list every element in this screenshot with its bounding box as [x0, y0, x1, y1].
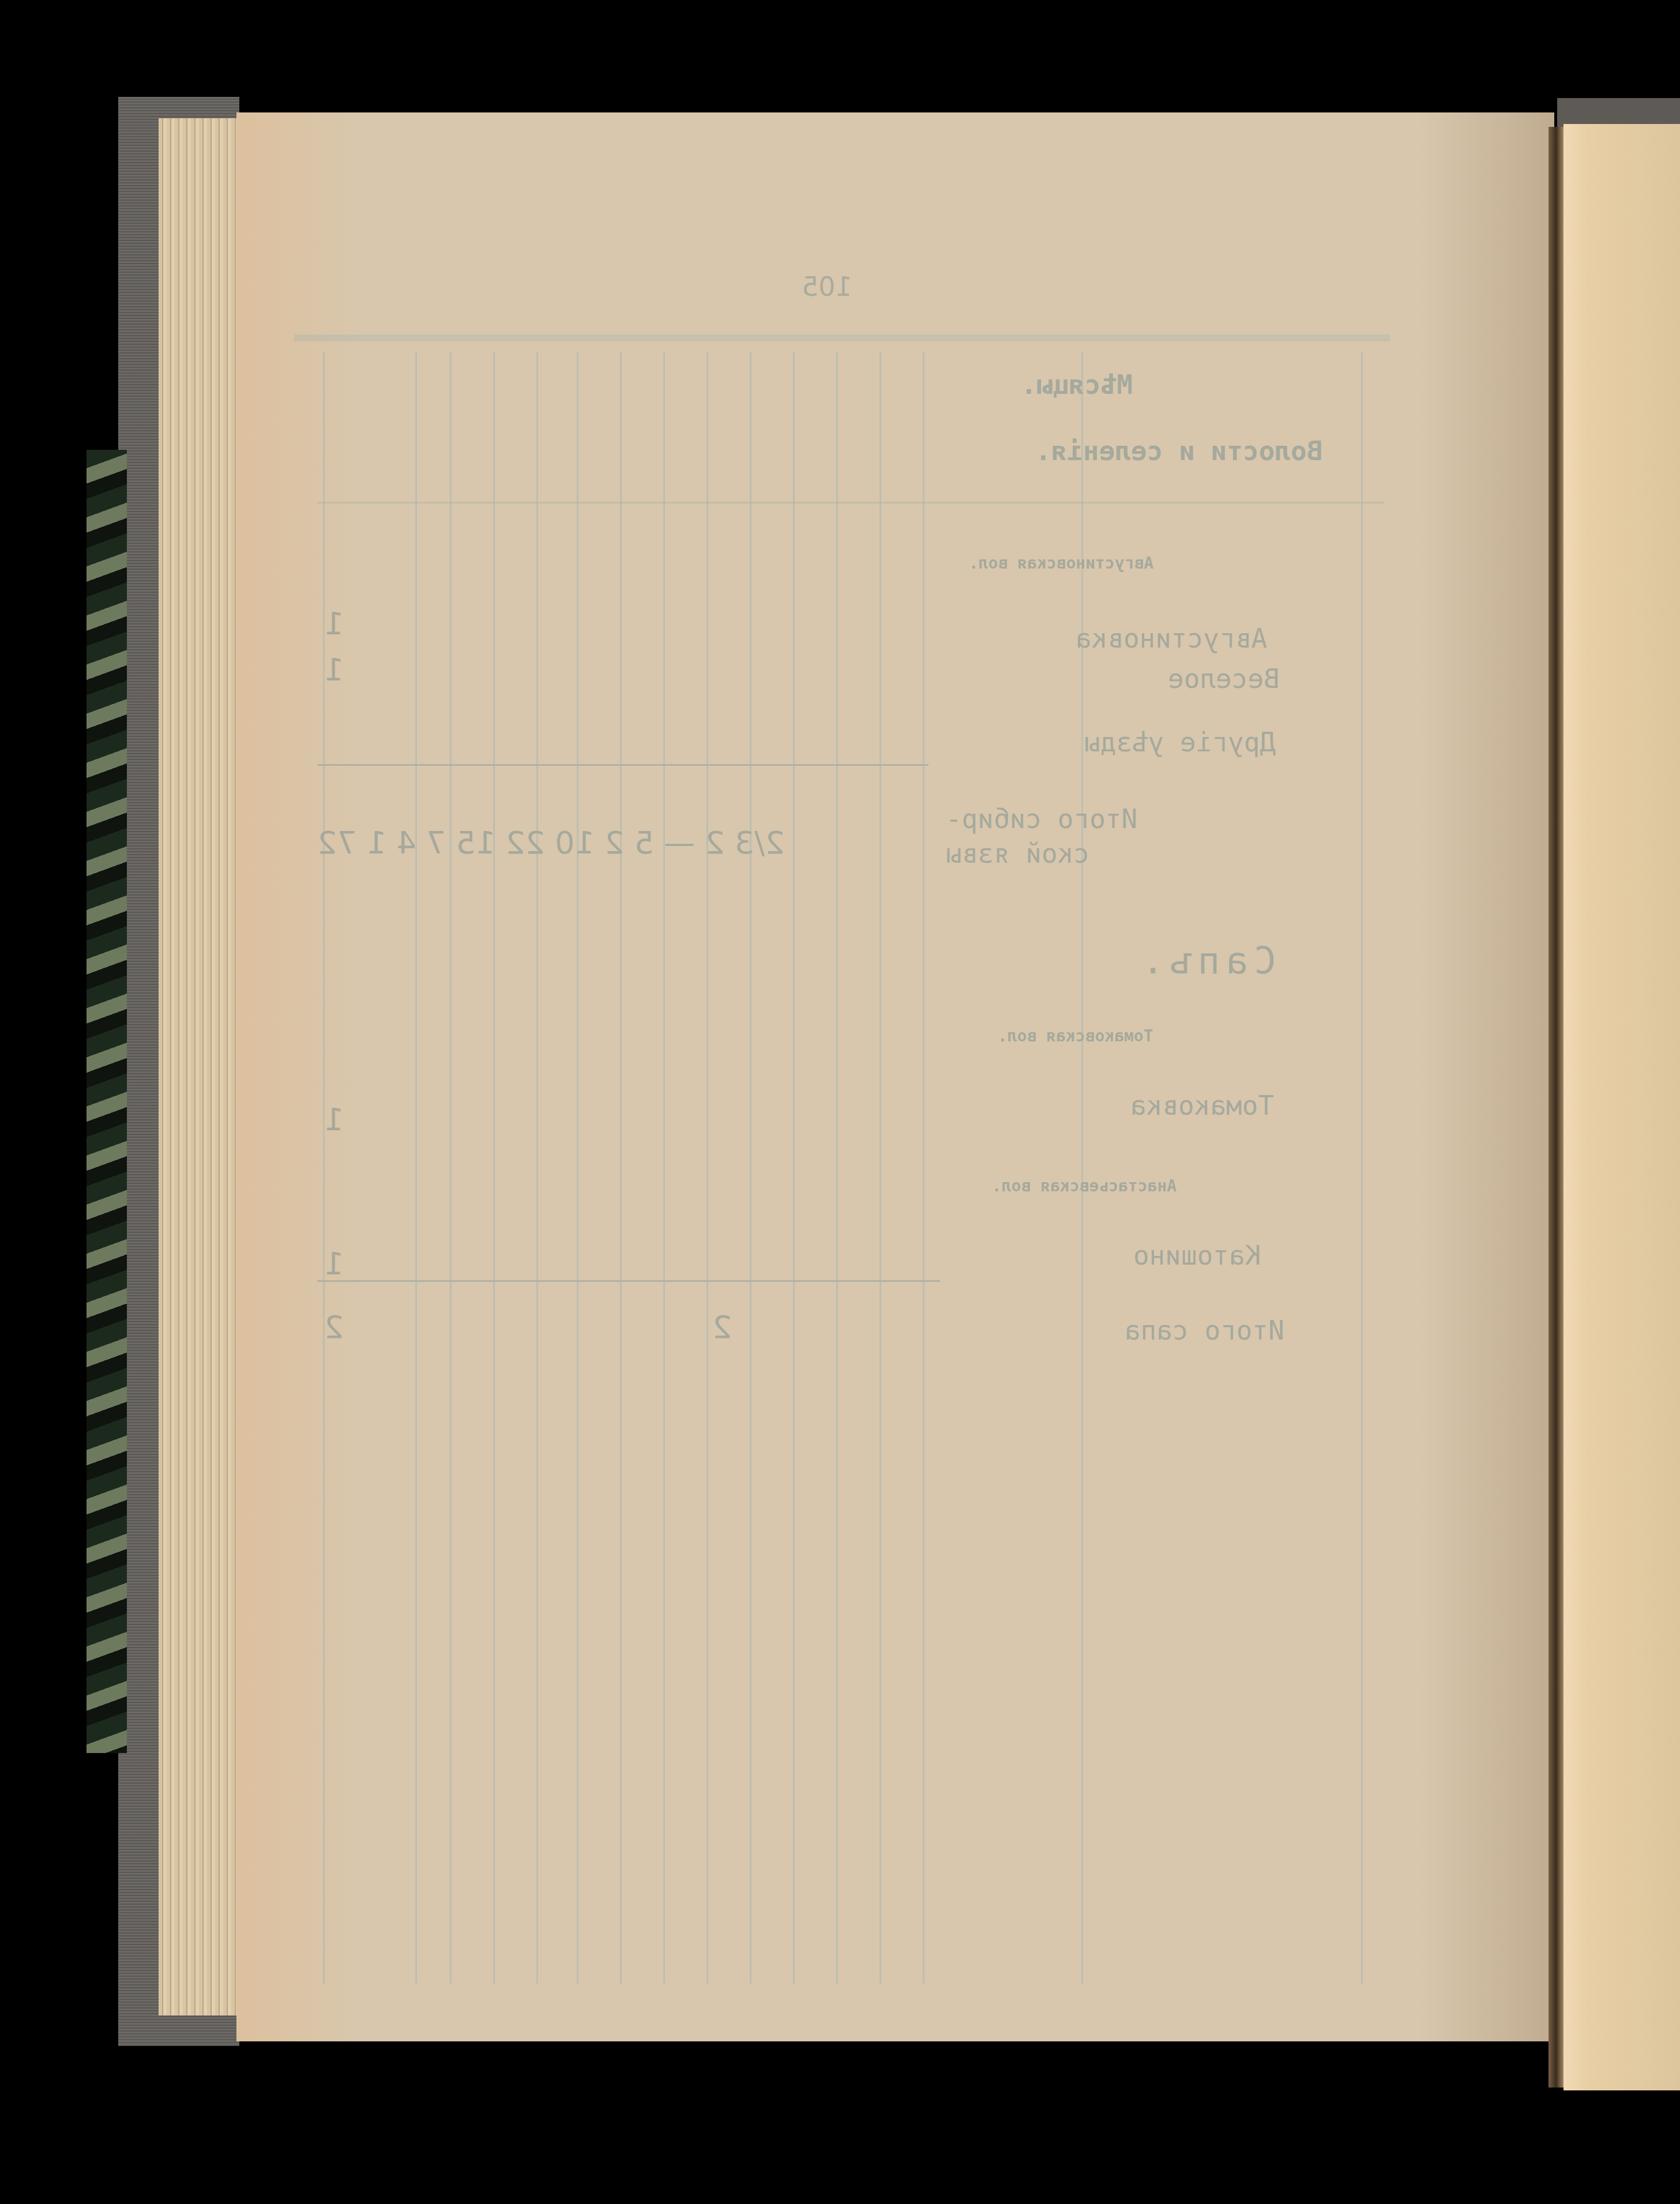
column-rule [1361, 352, 1363, 1984]
column-rule [577, 352, 578, 1984]
districts-header: Волости и селенія. [1035, 435, 1323, 467]
column-rule [1081, 352, 1083, 1984]
cell-number: 2 [324, 1309, 344, 1345]
cell-number: 1 [324, 652, 344, 688]
column-rule [836, 352, 838, 1984]
village-label: Катошино [1133, 1240, 1261, 1271]
show-through-table: Мѣсяцы. Волости и селенія. Августиновска… [300, 334, 1384, 1984]
column-rule [663, 352, 665, 1984]
village-label: Августиновка [1076, 623, 1267, 654]
village-label: Веселое [1168, 663, 1280, 694]
column-rule [706, 352, 708, 1984]
column-rule [793, 352, 795, 1984]
volost-label: Анастасьевская вол. [992, 1176, 1177, 1195]
cell-number: 1 [324, 605, 344, 642]
column-rule [923, 352, 924, 1984]
header-rule [317, 502, 1384, 503]
cell-number: 2 [712, 1309, 732, 1345]
column-rule [880, 352, 881, 1984]
row-label: Другіе уѣзды [1084, 727, 1276, 758]
page-number-show-through: 105 [802, 271, 852, 302]
total-row-numbers: 2/3 2 — 5 2 10 22 15 7 4 1 72 [317, 825, 785, 861]
headband [87, 450, 127, 1753]
column-rule [450, 352, 452, 1984]
column-rule [750, 352, 751, 1984]
subtotal-rule [317, 764, 929, 766]
column-rule [536, 352, 538, 1984]
cell-number: 1 [324, 1246, 344, 1282]
column-rule [493, 352, 495, 1984]
total-label: Итого сибир-ской язвы [946, 802, 1188, 871]
volost-label: Августиновская вол. [969, 554, 1153, 573]
table-top-rule [294, 334, 1390, 341]
volost-label: Томаковская вол. [998, 1026, 1153, 1045]
column-rule [415, 352, 417, 1984]
cell-number: 1 [324, 1101, 344, 1138]
column-rule [620, 352, 622, 1984]
disease-heading: Сапъ. [1136, 940, 1276, 983]
village-label: Томаковка [1130, 1090, 1274, 1121]
total-label: Итого сапа [1125, 1315, 1284, 1346]
column-rule [323, 352, 325, 1984]
subtotal-rule [317, 1280, 940, 1282]
book-gutter [1549, 127, 1564, 2088]
months-header: Мѣсяцы. [1021, 369, 1133, 400]
right-page-edge [1564, 124, 1680, 2090]
